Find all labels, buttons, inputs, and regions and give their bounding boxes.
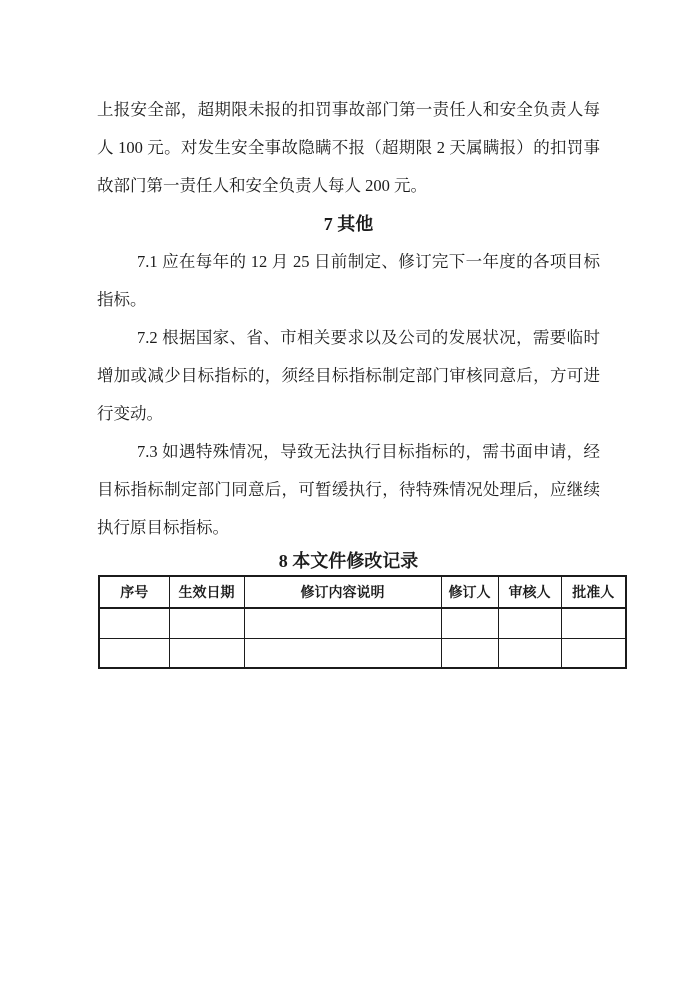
- paragraph-7-3: 7.3 如遇特殊情况，导致无法执行目标指标的，需书面申请，经 目标指标制定部门同…: [97, 433, 600, 547]
- body-text-line: 7.1 应在每年的 12 月 25 日前制定、修订完下一年度的各项目标: [97, 243, 600, 281]
- body-text-line: 7.3 如遇特殊情况，导致无法执行目标指标的，需书面申请，经: [97, 433, 600, 471]
- body-text-line: 行变动。: [97, 395, 600, 433]
- revision-table-cell: [441, 638, 498, 668]
- revision-table-cell: [244, 608, 441, 638]
- revision-table-cell: [99, 608, 169, 638]
- body-text-line: 目标指标制定部门同意后，可暂缓执行，待特殊情况处理后，应继续: [97, 471, 600, 509]
- section-heading-8: 8 本文件修改记录: [97, 547, 600, 575]
- body-text-line: 上报安全部，超期限未报的扣罚事故部门第一责任人和安全负责人每: [97, 91, 600, 129]
- revision-table-cell: [561, 608, 626, 638]
- revision-table-cell: [169, 638, 244, 668]
- revision-table-row: [99, 638, 626, 668]
- revision-table-cell: [498, 608, 561, 638]
- body-text-line: 执行原目标指标。: [97, 509, 600, 547]
- revision-table-header-cell: 序号: [99, 576, 169, 608]
- body-text-line: 7.2 根据国家、省、市相关要求以及公司的发展状况，需要临时: [97, 319, 600, 357]
- revision-table-cell: [244, 638, 441, 668]
- body-text-line: 指标。: [97, 281, 600, 319]
- revision-table-header-cell: 生效日期: [169, 576, 244, 608]
- revision-table-cell: [498, 638, 561, 668]
- revision-table: 序号 生效日期 修订内容说明 修订人 审核人 批准人: [98, 575, 627, 669]
- revision-table-cell: [99, 638, 169, 668]
- revision-table-cell: [561, 638, 626, 668]
- body-text-line: 人 100 元。对发生安全事故隐瞒不报（超期限 2 天属瞒报）的扣罚事: [97, 129, 600, 167]
- paragraph-penalty: 上报安全部，超期限未报的扣罚事故部门第一责任人和安全负责人每 人 100 元。对…: [97, 91, 600, 205]
- revision-table-header-cell: 审核人: [498, 576, 561, 608]
- paragraph-7-1: 7.1 应在每年的 12 月 25 日前制定、修订完下一年度的各项目标 指标。: [97, 243, 600, 319]
- section-heading-7: 7 其他: [97, 205, 600, 243]
- document-page: 上报安全部，超期限未报的扣罚事故部门第一责任人和安全负责人每 人 100 元。对…: [0, 0, 700, 990]
- revision-table-row: [99, 608, 626, 638]
- revision-table-header-cell: 批准人: [561, 576, 626, 608]
- revision-table-header-cell: 修订人: [441, 576, 498, 608]
- body-text-line: 故部门第一责任人和安全负责人每人 200 元。: [97, 167, 600, 205]
- body-text-line: 增加或减少目标指标的，须经目标指标制定部门审核同意后，方可进: [97, 357, 600, 395]
- paragraph-7-2: 7.2 根据国家、省、市相关要求以及公司的发展状况，需要临时 增加或减少目标指标…: [97, 319, 600, 433]
- revision-table-header-cell: 修订内容说明: [244, 576, 441, 608]
- revision-table-header-row: 序号 生效日期 修订内容说明 修订人 审核人 批准人: [99, 576, 626, 608]
- revision-table-cell: [441, 608, 498, 638]
- revision-table-cell: [169, 608, 244, 638]
